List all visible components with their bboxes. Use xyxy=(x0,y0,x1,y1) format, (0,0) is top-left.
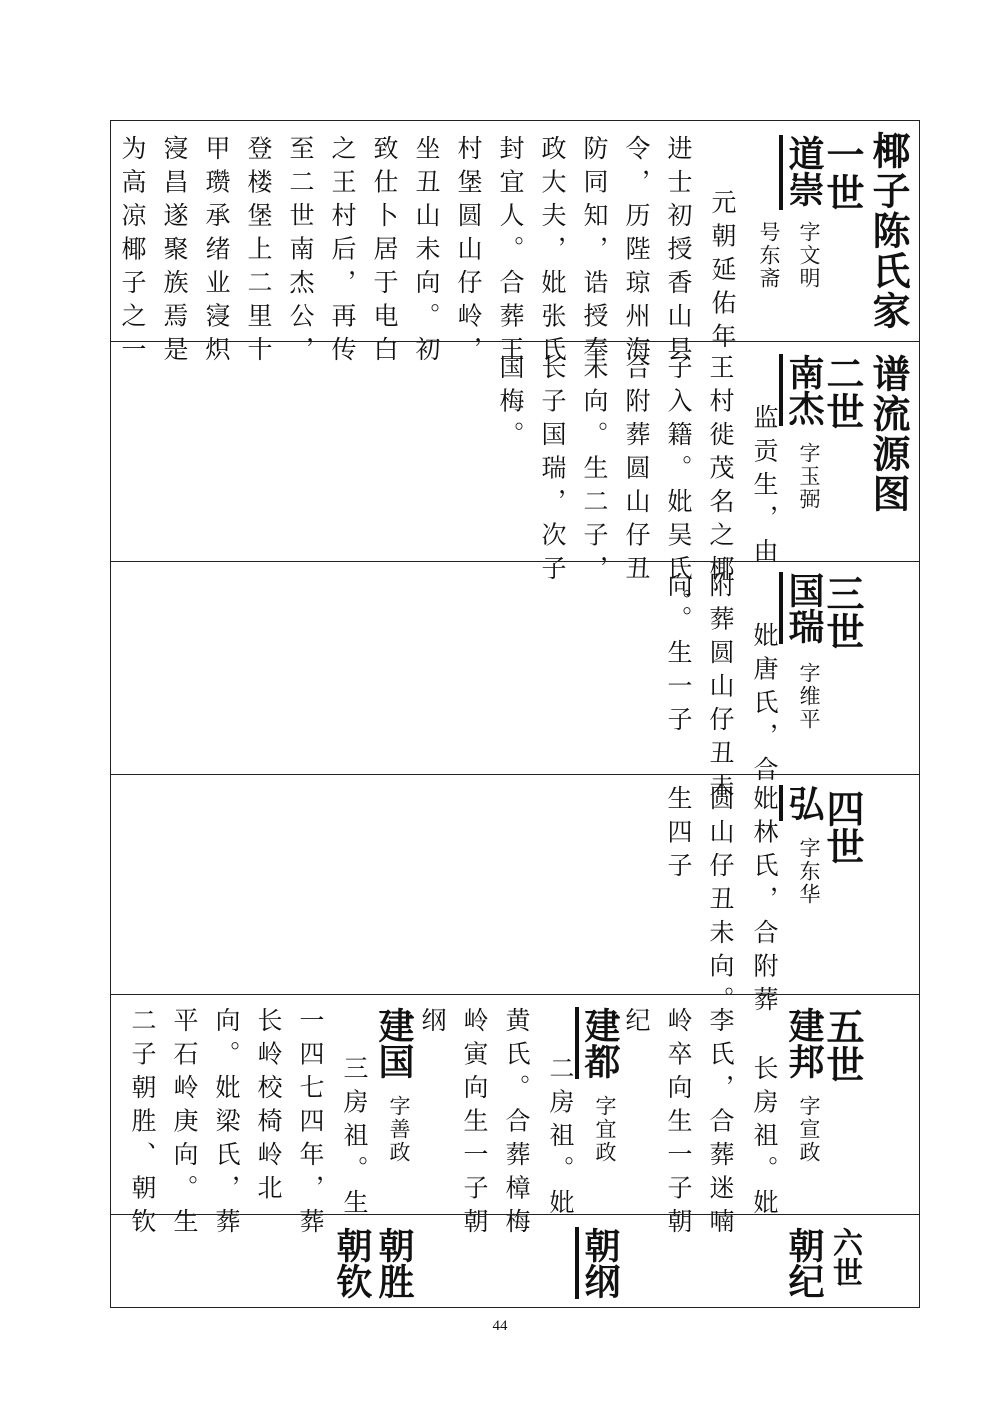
bio-line: 向。妣梁氏，葬 xyxy=(214,1007,239,1242)
bio-line: 长岭校椅岭北 xyxy=(256,1007,281,1208)
generation-label: 六世 xyxy=(829,1227,859,1287)
courtesy-name: 字宣政 xyxy=(798,1095,819,1164)
bio-line: 妣林氏，合附葬 xyxy=(752,785,777,1020)
bio-line: 黄氏。合葬樟梅 xyxy=(504,1007,529,1242)
person-name: 朝纲 xyxy=(581,1227,617,1299)
bio-line: 纲 xyxy=(420,1007,445,1041)
bio-line: 长子国瑞，次子 xyxy=(540,354,565,589)
bio-line: 二子朝胜、朝钦 xyxy=(130,1007,155,1242)
row-gen-5: 五世 建邦 字宣政 长房祖。妣 李氏，合葬迷喃 岭卒向生一子朝 纪 建都 字宜政… xyxy=(111,994,919,1214)
bio-line: 岭寅向生一子朝 xyxy=(462,1007,487,1242)
bio-line: 三房祖。生 xyxy=(342,1055,367,1223)
person-name: 国瑞 xyxy=(785,572,821,644)
generation-label: 二世 xyxy=(823,354,861,430)
page-title-part-2: 谱流源图 xyxy=(869,354,907,514)
person-name: 建邦 xyxy=(785,1007,821,1079)
bio-line: 寖昌遂聚族焉是 xyxy=(162,135,187,370)
bio-line: 令，历陛琼州海 xyxy=(624,135,649,370)
bio-line: 监贡生，由 xyxy=(752,404,777,572)
bio-line: 村堡圆山仔岭， xyxy=(456,135,481,370)
person-name: 建都 xyxy=(581,1007,617,1079)
person-name: 朝纪 xyxy=(785,1227,821,1299)
bio-line: 圆山仔丑未向。 xyxy=(708,785,733,1020)
bio-line: 一四七四年，葬 xyxy=(298,1007,323,1242)
generation-label: 五世 xyxy=(823,1007,861,1083)
person-name: 朝钦 xyxy=(333,1227,369,1299)
row-gen-6: 六世 朝纪 朝纲 朝胜 朝钦 xyxy=(111,1214,919,1309)
bio-line: 致仕卜居于电白 xyxy=(372,135,397,370)
bio-line: 元朝延佑年 xyxy=(710,189,735,357)
bio-line: 生四子 xyxy=(666,785,691,886)
row-gen-2: 谱流源图 二世 南杰 字玉弼 监贡生，由 王村徙茂名之椰 子入籍。妣吴氏。 合附… xyxy=(111,341,919,561)
bio-line: 合附葬圆山仔丑 xyxy=(624,354,649,589)
courtesy-name: 字维平 xyxy=(798,662,819,731)
bio-line: 防同知，诰授奉 xyxy=(582,135,607,370)
bio-line: 为高凉椰子之一 xyxy=(120,135,145,370)
generation-label: 四世 xyxy=(823,789,861,865)
person-name: 弘 xyxy=(785,785,821,821)
bio-line: 甲瓒承绪业寖炽 xyxy=(204,135,229,370)
row-gen-1: 椰子陈氏家 一世 道崇 字文明 号东斋 元朝延佑年 进士初授香山县 令，历陛琼州… xyxy=(111,121,919,341)
generation-label: 一世 xyxy=(823,135,861,211)
bio-line: 妣唐氏，合 xyxy=(752,622,777,790)
bio-line: 王村徙茂名之椰 xyxy=(708,354,733,589)
bio-line: 进士初授香山县 xyxy=(666,135,691,370)
generation-label: 三世 xyxy=(823,574,861,650)
genealogy-table: 椰子陈氏家 一世 道崇 字文明 号东斋 元朝延佑年 进士初授香山县 令，历陛琼州… xyxy=(110,120,920,1308)
bio-line: 附葬圆山仔丑未 xyxy=(708,572,733,807)
person-name: 道崇 xyxy=(785,135,821,207)
courtesy-name: 字宜政 xyxy=(594,1095,615,1164)
page-title-part-1: 椰子陈氏家 xyxy=(869,131,907,331)
bio-line: 李氏，合葬迷喃 xyxy=(708,1007,733,1242)
bio-line: 平石岭庚向。生 xyxy=(172,1007,197,1242)
alias-name: 号东斋 xyxy=(758,221,779,290)
row-gen-4: 四世 弘 字东华 妣林氏，合附葬 圆山仔丑未向。 生四子 xyxy=(111,774,919,994)
bio-line: 坐丑山未向。初 xyxy=(414,135,439,370)
person-name: 朝胜 xyxy=(375,1227,411,1299)
bio-line: 未向。生二子， xyxy=(582,354,607,589)
person-name: 南杰 xyxy=(785,354,821,426)
bio-line: 政大夫，妣张氏 xyxy=(540,135,565,370)
bio-line: 国梅。 xyxy=(498,354,523,455)
bio-line: 封宜人。合葬王 xyxy=(498,135,523,370)
row-gen-3: 三世 国瑞 字维平 妣唐氏，合 附葬圆山仔丑未 向。生一子 xyxy=(111,561,919,774)
courtesy-name: 字善政 xyxy=(388,1095,409,1164)
bio-line: 登楼堡上二里十 xyxy=(246,135,271,370)
person-name: 建国 xyxy=(375,1007,411,1079)
bio-line: 二房祖。妣 xyxy=(548,1055,573,1223)
courtesy-name: 字文明 xyxy=(798,221,819,290)
courtesy-name: 字玉弼 xyxy=(798,442,819,511)
bio-line: 长房祖。妣 xyxy=(752,1055,777,1223)
bio-line: 纪 xyxy=(624,1007,649,1041)
bio-line: 岭卒向生一子朝 xyxy=(666,1007,691,1242)
page-number: 44 xyxy=(0,1318,1000,1335)
courtesy-name: 字东华 xyxy=(798,837,819,906)
bio-line: 至二世南杰公， xyxy=(288,135,313,370)
bio-line: 之王村后，再传 xyxy=(330,135,355,370)
bio-line: 向。生一子 xyxy=(666,572,691,740)
